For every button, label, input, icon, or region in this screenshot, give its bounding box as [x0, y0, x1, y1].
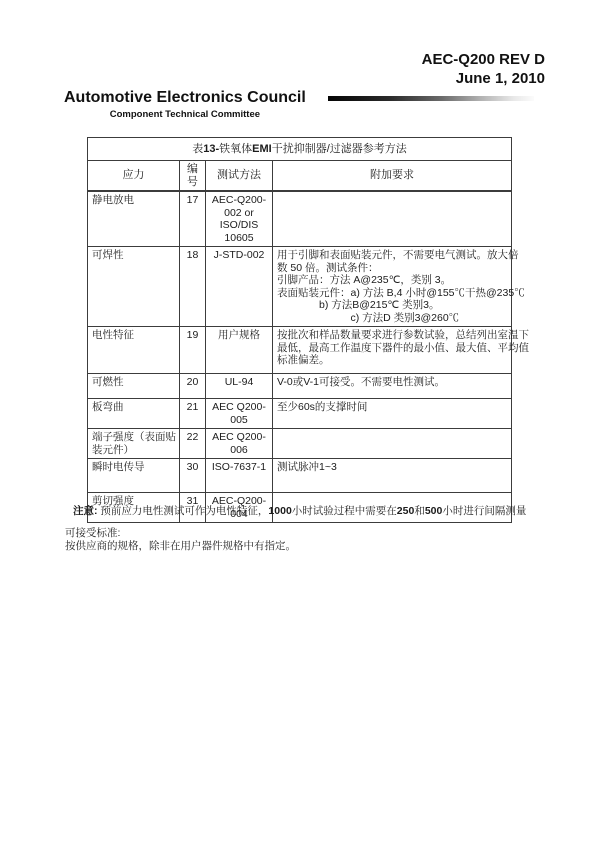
- cell-number: 21: [180, 399, 206, 429]
- note-interval-measurement: 注意: 预前应力电性测试可作为电性特征，1000小时试验过程中需要在250和50…: [65, 505, 535, 518]
- table-title-part: 表: [192, 143, 203, 155]
- cell-requirements: [273, 191, 512, 247]
- col-header-requirements: 附加要求: [273, 161, 512, 192]
- cell-number: 18: [180, 247, 206, 327]
- table-row: 静电放电 17 AEC-Q200- 002 or ISO/DIS 10605: [88, 191, 512, 247]
- cell-requirements: 按批次和样品数量要求进行参数试验，总结列出室温下 最低，最高工作温度下器件的最小…: [273, 327, 512, 374]
- cell-method: AEC-Q200- 002 or ISO/DIS 10605: [206, 191, 273, 247]
- table-row: 可焊性 18 J-STD-002 用于引脚和表面贴装元件，不需要电气测试。放大倍…: [88, 247, 512, 327]
- table-row: 端子强度（表面贴 装元件） 22 AEC Q200- 006: [88, 429, 512, 459]
- cell-method: 用户规格: [206, 327, 273, 374]
- note-part: 注意:: [73, 505, 100, 517]
- org-block: Automotive Electronics Council Component…: [64, 89, 306, 120]
- cell-number: 30: [180, 459, 206, 493]
- gradient-rule: [328, 96, 534, 101]
- note-part: 预前应力电性测试可作为电性特征，: [100, 505, 268, 517]
- cell-number: 20: [180, 374, 206, 399]
- cell-requirements: [273, 429, 512, 459]
- table-row: 板弯曲 21 AEC Q200- 005 至少60s的支撑时间: [88, 399, 512, 429]
- acceptance-criteria-title: 可接受标准:: [65, 527, 535, 540]
- table-header-row: 应力 编号 测试方法 附加要求: [88, 161, 512, 192]
- cell-requirements: V-0或V-1可接受。不需要电性测试。: [273, 374, 512, 399]
- cell-method: UL-94: [206, 374, 273, 399]
- cell-number: 19: [180, 327, 206, 374]
- note-part: 500: [425, 505, 443, 517]
- table-row: 电性特征 19 用户规格 按批次和样品数量要求进行参数试验，总结列出室温下 最低…: [88, 327, 512, 374]
- note-part: 250: [397, 505, 415, 517]
- cell-stress: 电性特征: [88, 327, 180, 374]
- cell-method: AEC Q200- 006: [206, 429, 273, 459]
- doc-date: June 1, 2010: [422, 69, 545, 88]
- cell-number: 22: [180, 429, 206, 459]
- cell-method: ISO-7637-1: [206, 459, 273, 493]
- org-name: Automotive Electronics Council: [64, 89, 306, 107]
- note-part: 小时试验过程中需要在: [292, 505, 397, 517]
- note-part: 和: [414, 505, 425, 517]
- table-title-part: EMI: [252, 143, 272, 155]
- table-title-part: 干扰抑制器/过滤器参考方法: [272, 143, 407, 155]
- cell-requirements: 用于引脚和表面贴装元件，不需要电气测试。放大倍 数 50 倍。测试条件： 引脚产…: [273, 247, 512, 327]
- cell-stress: 端子强度（表面贴 装元件）: [88, 429, 180, 459]
- acceptance-criteria-body: 按供应商的规格，除非在用户器件规格中有指定。: [65, 540, 535, 553]
- note-part: 小时进行间隔测量: [442, 505, 526, 517]
- col-header-number: 编号: [180, 161, 206, 192]
- note-part: 1000: [268, 505, 291, 517]
- col-header-stress: 应力: [88, 161, 180, 192]
- cell-stress: 瞬时电传导: [88, 459, 180, 493]
- cell-stress: 板弯曲: [88, 399, 180, 429]
- col-header-method: 测试方法: [206, 161, 273, 192]
- table-title: 表13-铁氧体EMI干扰抑制器/过滤器参考方法: [88, 138, 512, 161]
- cell-stress: 可燃性: [88, 374, 180, 399]
- table-title-row: 表13-铁氧体EMI干扰抑制器/过滤器参考方法: [88, 138, 512, 161]
- cell-requirements: 测试脉冲1~3: [273, 459, 512, 493]
- cell-method: AEC Q200- 005: [206, 399, 273, 429]
- cell-method: J-STD-002: [206, 247, 273, 327]
- table-row: 可燃性 20 UL-94 V-0或V-1可接受。不需要电性测试。: [88, 374, 512, 399]
- doc-id-block: AEC-Q200 REV D June 1, 2010: [422, 50, 545, 88]
- table-title-part: 铁氧体: [219, 143, 252, 155]
- table-row: 瞬时电传导 30 ISO-7637-1 测试脉冲1~3: [88, 459, 512, 493]
- cell-stress: 静电放电: [88, 191, 180, 247]
- document-page: AEC-Q200 REV D June 1, 2010 Automotive E…: [0, 0, 595, 842]
- cell-stress: 可焊性: [88, 247, 180, 327]
- doc-id: AEC-Q200 REV D: [422, 50, 545, 69]
- reference-methods-table: 表13-铁氧体EMI干扰抑制器/过滤器参考方法 应力 编号 测试方法 附加要求 …: [87, 137, 512, 523]
- cell-requirements: 至少60s的支撑时间: [273, 399, 512, 429]
- footnotes: 注意: 预前应力电性测试可作为电性特征，1000小时试验过程中需要在250和50…: [65, 505, 535, 553]
- org-subtitle: Component Technical Committee: [64, 109, 306, 120]
- cell-number: 17: [180, 191, 206, 247]
- table-title-part: 13-: [203, 143, 219, 155]
